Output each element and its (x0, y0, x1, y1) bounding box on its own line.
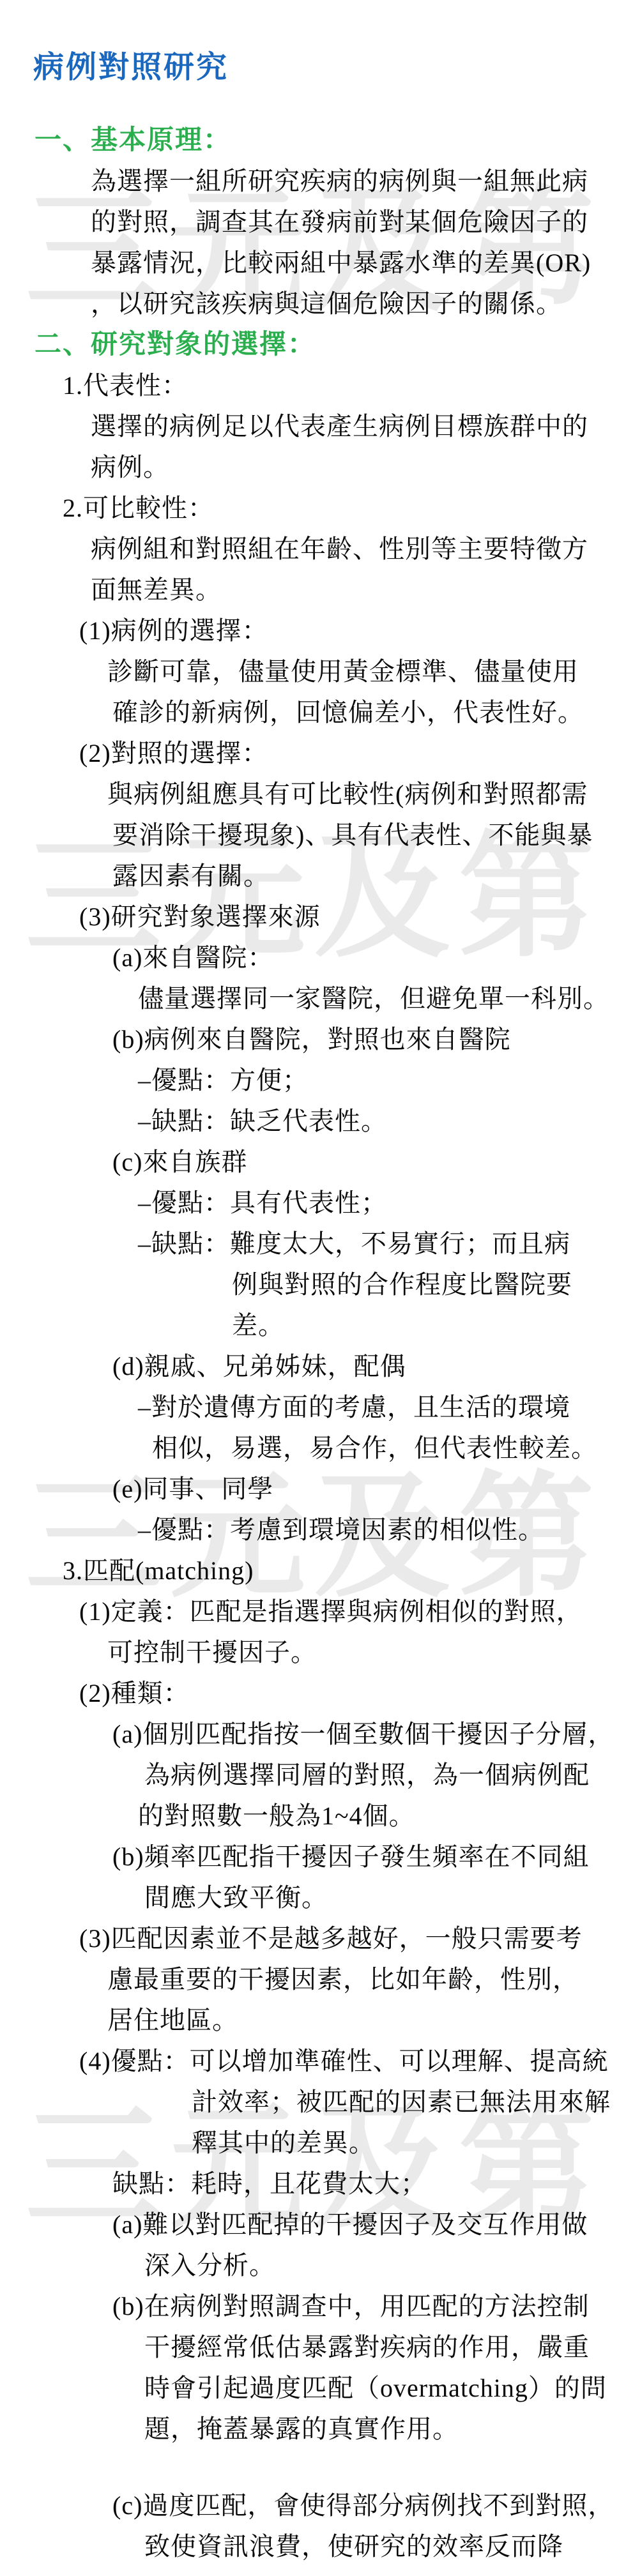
text-line: (3)研究對象選擇來源 (79, 897, 626, 937)
document-page: 三元及第三元及第三元及第三元及第 病例對照研究 一、基本原理：為選擇一組所研究疾… (0, 0, 626, 2576)
text-line: (a)個別匹配指按一個至數個干擾因子分層， (112, 1714, 626, 1755)
text-line: 干擾經常低估暴露對疾病的作用，嚴重 (144, 2327, 626, 2368)
text-line: (1)定義：匹配是指選擇與病例相似的對照， (79, 1591, 626, 1632)
text-line: (3)匹配因素並不是越多越好，一般只需要考 (79, 1918, 626, 1959)
text-line: (a)難以對匹配掉的干擾因子及交互作用做 (112, 2204, 626, 2245)
text-line: –缺點：缺乏代表性。 (138, 1101, 626, 1142)
document-body: 一、基本原理：為選擇一組所研究疾病的病例與一組無此病的對照，調查其在發病前對某個… (0, 120, 626, 2567)
text-line: (b)病例來自醫院，對照也來自醫院 (112, 1019, 626, 1060)
text-line: 1.代表性： (63, 365, 626, 406)
text-line: (4)優點：可以增加準確性、可以理解、提高統 (79, 2041, 626, 2082)
text-line: (b)頻率匹配指干擾因子發生頻率在不同組 (112, 1837, 626, 1877)
text-line: (b)在病例對照調查中，用匹配的方法控制 (112, 2286, 626, 2327)
text-line: 居住地區。 (107, 2000, 626, 2041)
text-line: 釋其中的差異。 (192, 2123, 626, 2163)
text-line: (2)種類： (79, 1673, 626, 1714)
text-line: (1)病例的選擇： (79, 610, 626, 651)
text-line: –優點：具有代表性； (138, 1183, 626, 1224)
text-line: 間應大致平衡。 (144, 1877, 626, 1918)
text-line: 缺點：耗時，且花費太大； (112, 2163, 626, 2204)
text-line: 題，掩蓋暴露的真實作用。 (144, 2409, 626, 2450)
text-line: –對於遺傳方面的考慮，且生活的環境 (138, 1387, 626, 1428)
text-line: 例與對照的合作程度比醫院要 (232, 1264, 626, 1305)
text-line: 病例組和對照組在年齡、性別等主要特徵方 (91, 529, 626, 570)
text-line: 暴露情況，比較兩組中暴露水準的差異(OR) (91, 243, 626, 284)
text-line: 為選擇一組所研究疾病的病例與一組無此病 (91, 161, 626, 202)
text-line: 儘量選擇同一家醫院，但避免單一科別。 (138, 978, 626, 1019)
text-line: 面無差異。 (91, 570, 626, 610)
text-line: 致使資訊浪費，使研究的效率反而降 (144, 2526, 626, 2567)
text-line: (a)來自醫院： (112, 937, 626, 978)
text-line: 的對照，調查其在發病前對某個危險因子的 (91, 202, 626, 243)
text-line: 深入分析。 (144, 2245, 626, 2286)
text-line: 差。 (232, 1305, 626, 1346)
text-line: (e)同事、同學 (112, 1469, 626, 1510)
section-heading: 二、研究對象的選擇： (34, 324, 626, 365)
text-line: 診斷可靠，儘量使用黃金標準、儘量使用 (107, 651, 626, 692)
text-line: 計效率；被匹配的因素已無法用來解 (192, 2082, 626, 2123)
text-line: (c)過度匹配，會使得部分病例找不到對照， (112, 2485, 626, 2526)
text-line: 要消除干擾現象)、具有代表性、不能與暴 (112, 815, 626, 856)
text-line: 與病例組應具有可比較性(病例和對照都需 (107, 774, 626, 815)
text-line: ，以研究該疾病與這個危險因子的關係。 (91, 284, 626, 324)
text-line: (c)來自族群 (112, 1142, 626, 1183)
text-line: 為病例選擇同層的對照，為一個病例配 (144, 1755, 626, 1796)
text-line: 選擇的病例足以代表產生病例目標族群中的 (91, 406, 626, 447)
text-line: (2)對照的選擇： (79, 733, 626, 774)
text-line: 露因素有關。 (112, 856, 626, 897)
text-line: 病例。 (91, 447, 626, 488)
text-line: –缺點：難度太大，不易實行；而且病 (138, 1224, 626, 1264)
text-line: 3.匹配(matching) (63, 1550, 626, 1591)
text-line: 時會引起過度匹配（overmatching）的問 (144, 2368, 626, 2409)
text-line: –優點：方便； (138, 1060, 626, 1101)
section-heading: 一、基本原理： (34, 120, 626, 161)
text-line: 確診的新病例，回憶偏差小，代表性好。 (112, 692, 626, 733)
text-line: –優點：考慮到環境因素的相似性。 (138, 1510, 626, 1550)
document-content: 病例對照研究 一、基本原理：為選擇一組所研究疾病的病例與一組無此病的對照，調查其… (0, 0, 626, 2567)
text-line: 相似，易選，易合作，但代表性較差。 (152, 1428, 626, 1469)
text-line: 的對照數一般為1~4個。 (138, 1796, 626, 1837)
text-line: 可控制干擾因子。 (107, 1632, 626, 1673)
page-title: 病例對照研究 (33, 45, 626, 91)
text-line: 2.可比較性： (63, 488, 626, 529)
text-line: 慮最重要的干擾因素，比如年齡，性別， (107, 1959, 626, 2000)
text-line: (d)親戚、兄弟姊妹，配偶 (112, 1346, 626, 1387)
